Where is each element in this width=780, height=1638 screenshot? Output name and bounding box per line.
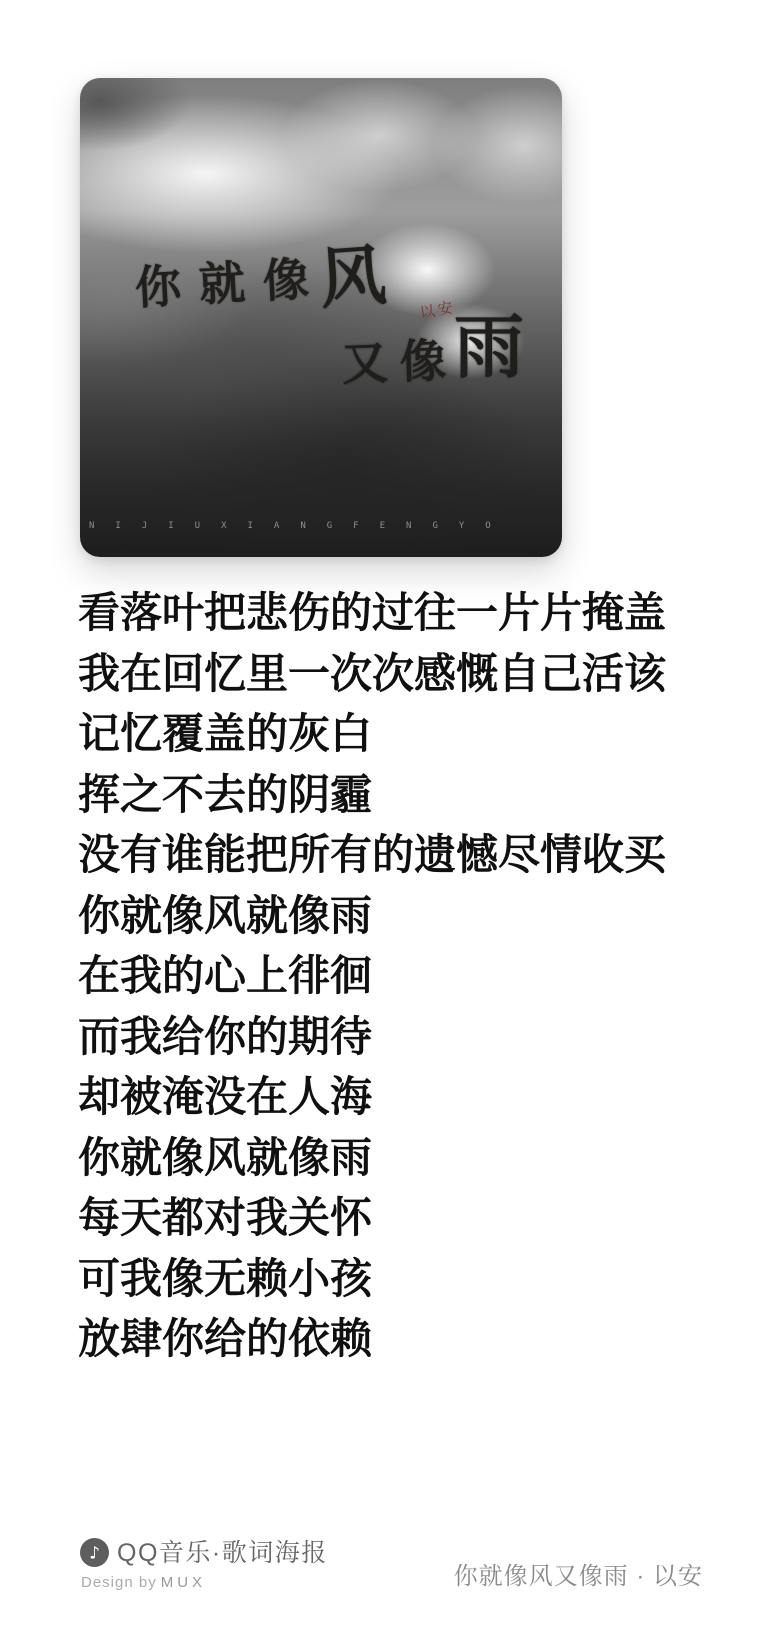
lyric-line: 却被淹没在人海	[78, 1068, 718, 1129]
lyric-line: 你就像风就像雨	[78, 1129, 718, 1190]
lyric-line: 你就像风就像雨	[78, 887, 718, 948]
lyric-line: 放肆你给的依赖	[78, 1310, 718, 1371]
cover-title-part-3: 又像	[341, 338, 459, 388]
song-title-artist-credit: 你就像风又像雨 · 以安	[454, 1562, 703, 1592]
cover-pinyin-strip: NIJIUXIANGFENGYO	[89, 521, 562, 533]
lyric-line: 记忆覆盖的灰白	[78, 705, 718, 766]
qq-music-logo-icon: ♪	[80, 1538, 109, 1567]
lyric-line: 看落叶把悲伤的过往一片片掩盖	[78, 584, 718, 645]
album-cover-art: 你就像 风 以安 又像 雨 NIJIUXIANGFENGYO	[80, 78, 562, 557]
cover-title-part-4: 雨	[454, 314, 524, 384]
lyric-line: 在我的心上徘徊	[78, 947, 718, 1008]
lyrics-block: 看落叶把悲伤的过往一片片掩盖我在回忆里一次次感慨自己活该记忆覆盖的灰白挥之不去的…	[78, 584, 718, 1371]
cover-title-part-1: 你就像	[134, 256, 328, 312]
cover-artist-seal: 以安	[419, 301, 457, 322]
footer-design-credit: Design byMUX	[81, 1573, 206, 1593]
lyric-line: 我在回忆里一次次感慨自己活该	[78, 645, 718, 706]
music-note-icon: ♪	[89, 1544, 100, 1564]
lyric-line: 而我给你的期待	[78, 1008, 718, 1069]
footer-brand-title: QQ音乐·歌词海报	[117, 1538, 328, 1568]
cover-title-part-2: 风	[318, 244, 388, 314]
mux-logo-text: MUX	[161, 1574, 206, 1591]
design-by-label: Design by	[81, 1574, 157, 1591]
lyric-line: 没有谁能把所有的遗憾尽情收买	[78, 826, 718, 887]
lyric-line: 每天都对我关怀	[78, 1189, 718, 1250]
lyric-line: 可我像无赖小孩	[78, 1250, 718, 1311]
lyric-line: 挥之不去的阴霾	[78, 766, 718, 827]
